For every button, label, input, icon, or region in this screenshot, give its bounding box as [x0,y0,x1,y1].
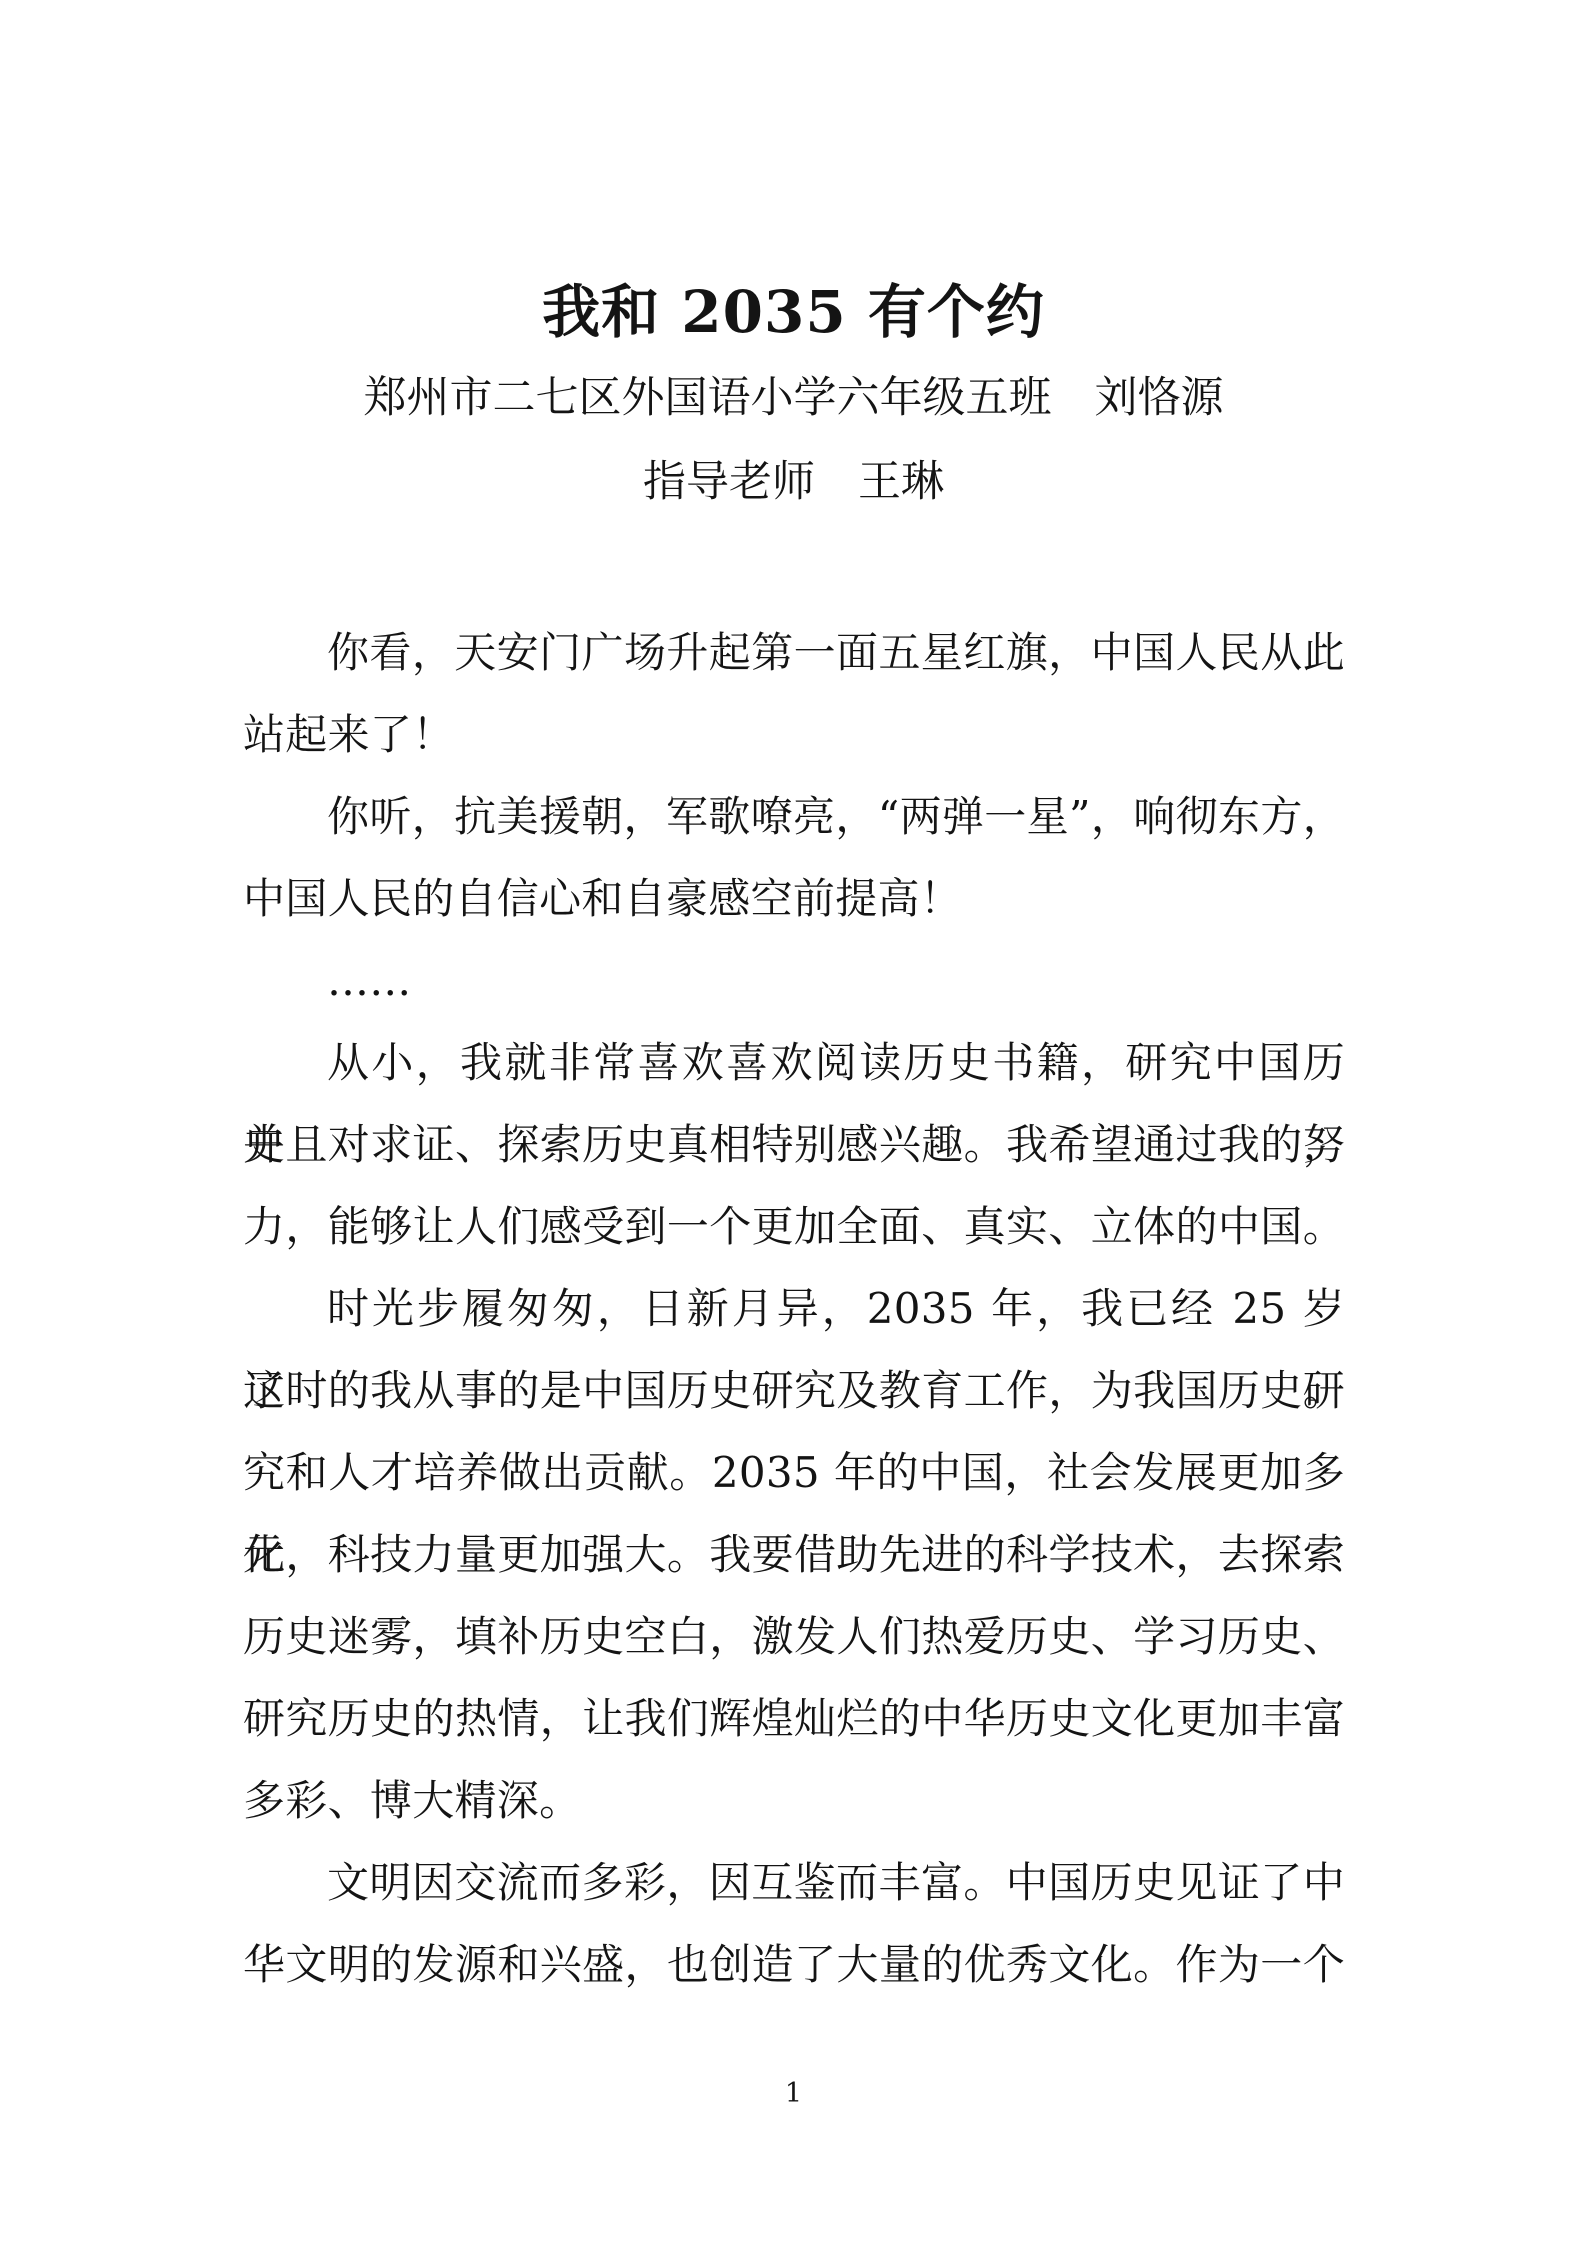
body-line: 从小，我就非常喜欢喜欢阅读历史书籍，研究中国历史， [243,1022,1345,1104]
body-line: 华文明的发源和兴盛，也创造了大量的优秀文化。作为一个 [243,1924,1345,2006]
body-line: 并且对求证、探索历史真相特别感兴趣。我希望通过我的努 [243,1104,1345,1186]
body-line: 文明因交流而多彩，因互鉴而丰富。中国历史见证了中 [243,1842,1345,1924]
body-line: …… [243,940,1345,1022]
essay-title: 我和 2035 有个约 [0,276,1587,348]
byline: 郑州市二七区外国语小学六年级五班 刘恪源 [0,372,1587,424]
body-line: 多彩、博大精深。 [243,1760,1345,1842]
body-line: 力，能够让人们感受到一个更加全面、真实、立体的中国。 [243,1186,1345,1268]
body-line: 究和人才培养做出贡献。2035 年的中国，社会发展更加多元 [243,1432,1345,1514]
document-page: 我和 2035 有个约 郑州市二七区外国语小学六年级五班 刘恪源 指导老师 王琳… [0,0,1587,2245]
page-number: 1 [0,2078,1587,2110]
body-line: 历史迷雾，填补历史空白，激发人们热爱历史、学习历史、 [243,1596,1345,1678]
advisor-line: 指导老师 王琳 [0,456,1587,508]
body-line: 中国人民的自信心和自豪感空前提高！ [243,858,1345,940]
body-line: 时光步履匆匆，日新月异，2035 年，我已经 25 岁了。 [243,1268,1345,1350]
body-line: 你看，天安门广场升起第一面五星红旗，中国人民从此 [243,612,1345,694]
body-line: 化，科技力量更加强大。我要借助先进的科学技术，去探索 [243,1514,1345,1596]
body-line: 这时的我从事的是中国历史研究及教育工作，为我国历史研 [243,1350,1345,1432]
body-line: 你听，抗美援朝，军歌嘹亮，“两弹一星”，响彻东方， [243,776,1345,858]
body-line: 站起来了！ [243,694,1345,776]
document-body: 你看，天安门广场升起第一面五星红旗，中国人民从此站起来了！你听，抗美援朝，军歌嘹… [243,612,1345,2006]
body-line: 研究历史的热情，让我们辉煌灿烂的中华历史文化更加丰富 [243,1678,1345,1760]
